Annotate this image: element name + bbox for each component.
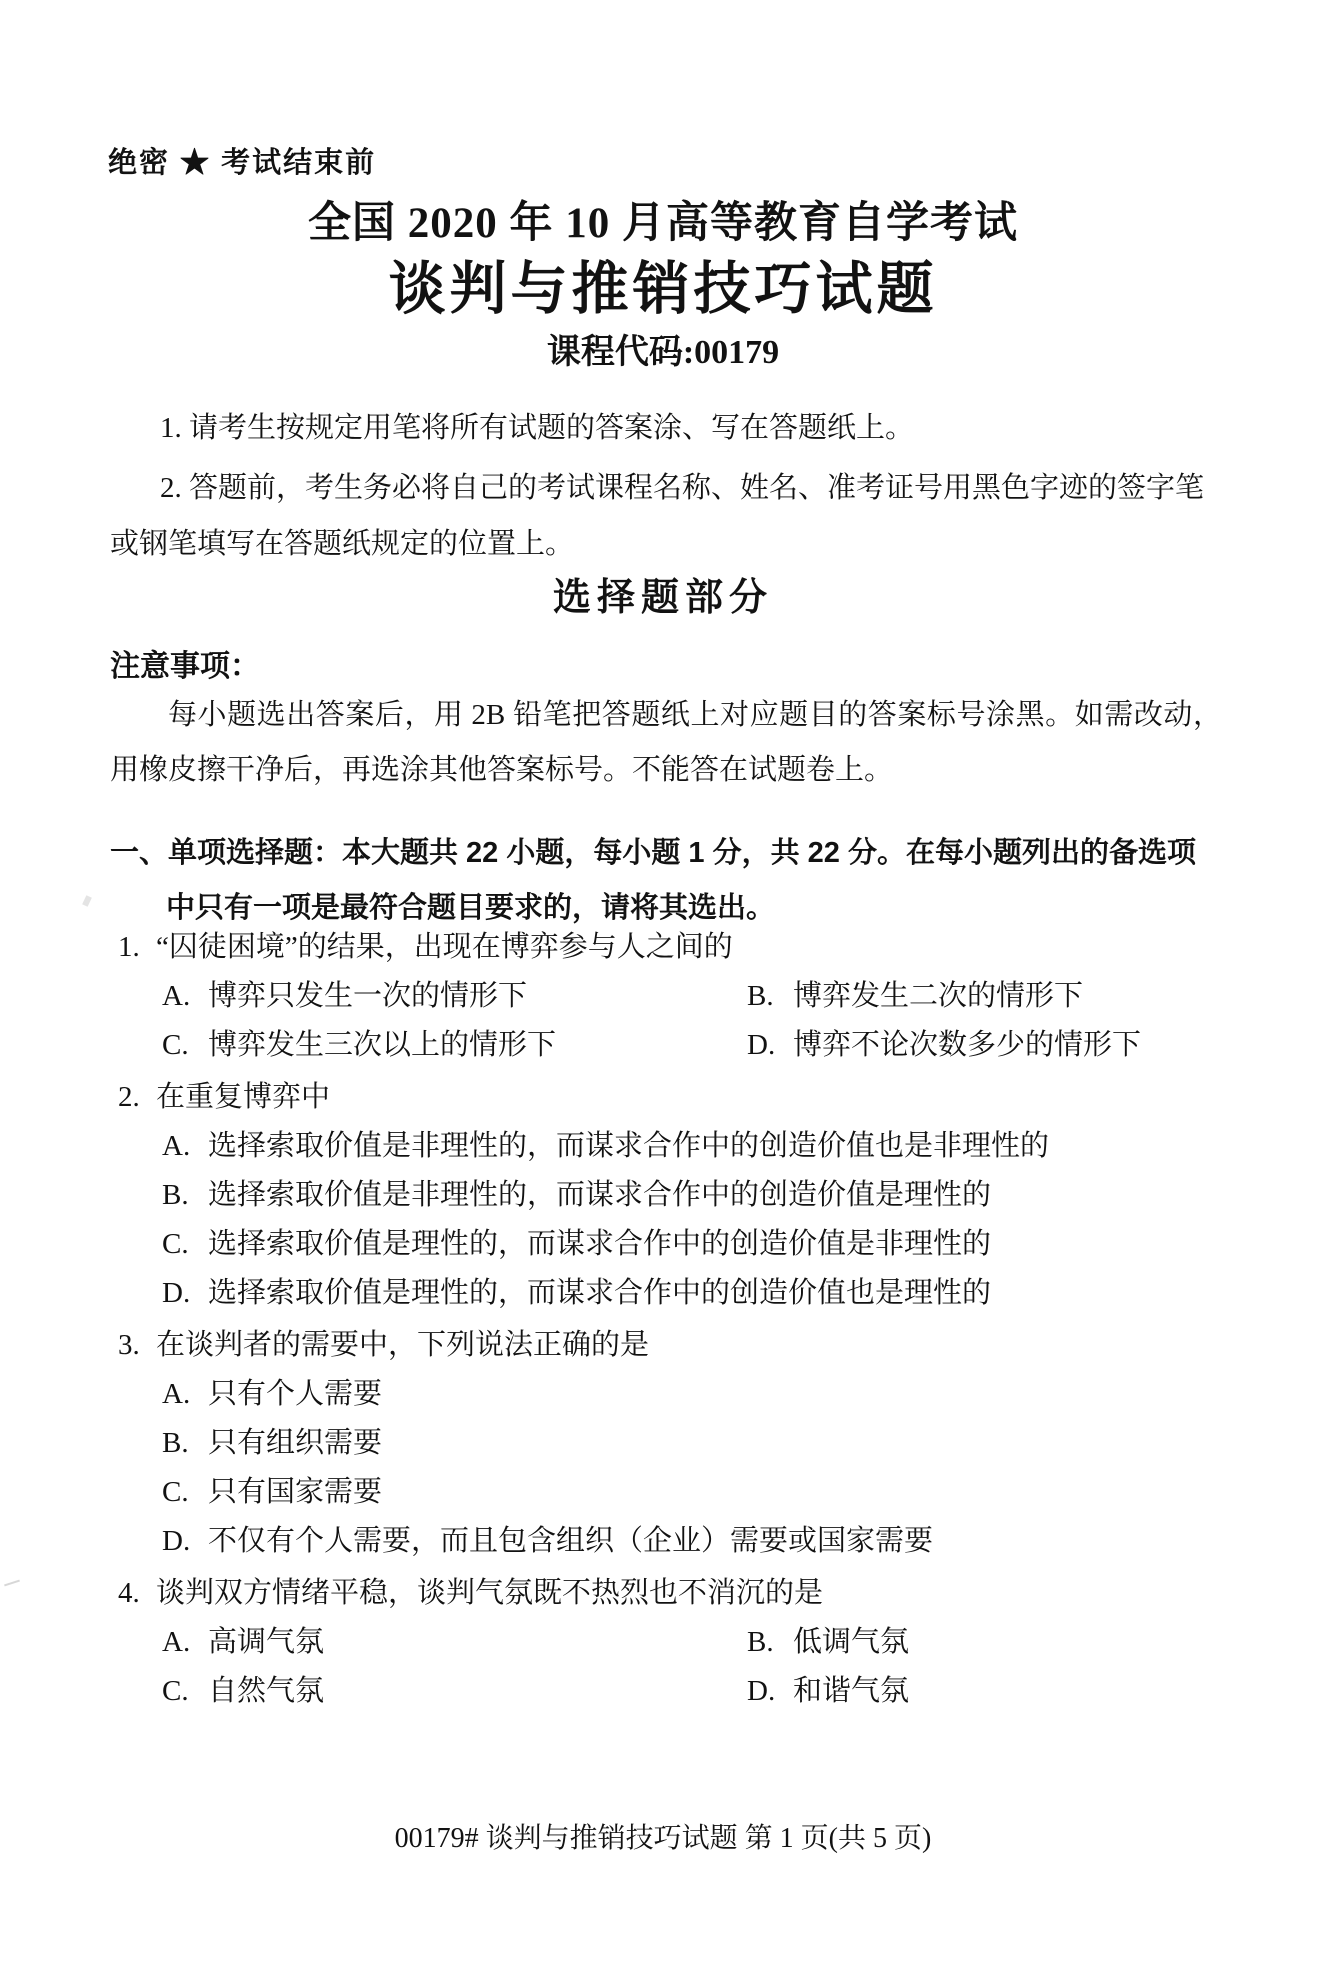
scan-artifact <box>4 1580 20 1587</box>
answer-option: B. 选择索取价值是非理性的，而谋求合作中的创造价值是理性的 <box>162 1171 1222 1220</box>
question-number: 2. <box>110 1072 156 1122</box>
page-footer: 00179# 谈判与推销技巧试题 第 1 页(共 5 页) <box>0 1822 1326 1856</box>
question-block: 3. 在谈判者的需要中，下列说法正确的是 A. 只有个人需要 B. 只有组织需要… <box>110 1320 1222 1566</box>
question-stem: 在重复博弈中 <box>156 1072 330 1122</box>
option-text: 博弈只发生一次的情形下 <box>208 972 747 1021</box>
option-text: 只有个人需要 <box>208 1370 1222 1419</box>
question-options: A. 高调气氛 B. 低调气氛 C. 自然气氛 D. 和谐气氛 <box>162 1618 1222 1716</box>
option-text: 高调气氛 <box>208 1618 747 1667</box>
question-number: 4. <box>110 1568 156 1618</box>
option-text: 选择索取价值是理性的，而谋求合作中的创造价值也是理性的 <box>208 1269 1222 1318</box>
answer-option: A. 选择索取价值是非理性的，而谋求合作中的创造价值也是非理性的 <box>162 1122 1222 1171</box>
option-letter: B. <box>747 972 793 1021</box>
question-options: A. 博弈只发生一次的情形下 B. 博弈发生二次的情形下 C. 博弈发生三次以上… <box>162 972 1222 1070</box>
notice-label: 注意事项： <box>110 648 260 686</box>
option-letter: A. <box>162 1122 208 1171</box>
option-text: 只有国家需要 <box>208 1468 1222 1517</box>
question-stem-row: 2. 在重复博弈中 <box>110 1072 1222 1122</box>
scan-artifact <box>82 895 92 907</box>
option-text: 不仅有个人需要，而且包含组织（企业）需要或国家需要 <box>208 1517 1222 1566</box>
exam-title: 全国 2020 年 10 月高等教育自学考试 <box>0 198 1326 250</box>
answer-option: C. 只有国家需要 <box>162 1468 1222 1517</box>
question-number: 3. <box>110 1320 156 1370</box>
option-letter: D. <box>162 1269 208 1318</box>
answer-option: D. 和谐气氛 <box>747 1667 1222 1716</box>
option-letter: C. <box>162 1468 208 1517</box>
course-code: 课程代码:00179 <box>0 332 1326 374</box>
classification-banner: 绝密 ★ 考试结束前 <box>108 146 376 180</box>
paper-title: 谈判与推销技巧试题 <box>0 250 1326 328</box>
answer-option: C. 博弈发生三次以上的情形下 <box>162 1021 747 1070</box>
section-title: 选择题部分 <box>0 574 1326 622</box>
option-letter: D. <box>162 1517 208 1566</box>
answer-option: A. 只有个人需要 <box>162 1370 1222 1419</box>
answer-option: C. 选择索取价值是理性的，而谋求合作中的创造价值是非理性的 <box>162 1220 1222 1269</box>
candidate-instructions: 1. 请考生按规定用笔将所有试题的答案涂、写在答题纸上。 2. 答题前，考生务必… <box>110 400 1216 576</box>
option-text: 低调气氛 <box>793 1618 1222 1667</box>
option-letter: B. <box>747 1618 793 1667</box>
option-text: 只有组织需要 <box>208 1419 1222 1468</box>
notice-body: 每小题选出答案后，用 2B 铅笔把答题纸上对应题目的答案标号涂黑。如需改动，用橡… <box>110 688 1222 798</box>
option-letter: C. <box>162 1667 208 1716</box>
instruction-item: 1. 请考生按规定用笔将所有试题的答案涂、写在答题纸上。 <box>110 400 1216 456</box>
question-options: A. 只有个人需要 B. 只有组织需要 C. 只有国家需要 D. 不仅有个人需要… <box>162 1370 1222 1566</box>
part-one-heading: 一、单项选择题：本大题共 22 小题，每小题 1 分，共 22 分。在每小题列出… <box>110 826 1222 936</box>
option-text: 博弈不论次数多少的情形下 <box>793 1021 1222 1070</box>
answer-option: B. 只有组织需要 <box>162 1419 1222 1468</box>
option-text: 选择索取价值是非理性的，而谋求合作中的创造价值是理性的 <box>208 1171 1222 1220</box>
answer-option: D. 博弈不论次数多少的情形下 <box>747 1021 1222 1070</box>
option-letter: D. <box>747 1667 793 1716</box>
question-block: 1. “囚徒困境”的结果，出现在博弈参与人之间的 A. 博弈只发生一次的情形下 … <box>110 922 1222 1070</box>
question-stem: 在谈判者的需要中，下列说法正确的是 <box>156 1320 649 1370</box>
option-letter: B. <box>162 1419 208 1468</box>
question-block: 2. 在重复博弈中 A. 选择索取价值是非理性的，而谋求合作中的创造价值也是非理… <box>110 1072 1222 1318</box>
question-number: 1. <box>110 922 156 972</box>
answer-option: A. 高调气氛 <box>162 1618 747 1667</box>
answer-option: D. 不仅有个人需要，而且包含组织（企业）需要或国家需要 <box>162 1517 1222 1566</box>
option-letter: A. <box>162 972 208 1021</box>
option-letter: A. <box>162 1370 208 1419</box>
answer-option: A. 博弈只发生一次的情形下 <box>162 972 747 1021</box>
option-letter: C. <box>162 1021 208 1070</box>
option-letter: D. <box>747 1021 793 1070</box>
question-block: 4. 谈判双方情绪平稳，谈判气氛既不热烈也不消沉的是 A. 高调气氛 B. 低调… <box>110 1568 1222 1716</box>
option-letter: B. <box>162 1171 208 1220</box>
option-letter: A. <box>162 1618 208 1667</box>
answer-option: B. 低调气氛 <box>747 1618 1222 1667</box>
option-text: 自然气氛 <box>208 1667 747 1716</box>
question-stem-row: 1. “囚徒困境”的结果，出现在博弈参与人之间的 <box>110 922 1222 972</box>
exam-paper-page: 绝密 ★ 考试结束前 全国 2020 年 10 月高等教育自学考试 谈判与推销技… <box>0 0 1326 1977</box>
question-stem: “囚徒困境”的结果，出现在博弈参与人之间的 <box>156 922 733 972</box>
questions: 1. “囚徒困境”的结果，出现在博弈参与人之间的 A. 博弈只发生一次的情形下 … <box>110 922 1222 1718</box>
instruction-item: 2. 答题前，考生务必将自己的考试课程名称、姓名、准考证号用黑色字迹的签字笔或钢… <box>110 460 1216 572</box>
option-text: 选择索取价值是理性的，而谋求合作中的创造价值是非理性的 <box>208 1220 1222 1269</box>
option-text: 博弈发生三次以上的情形下 <box>208 1021 747 1070</box>
option-text: 和谐气氛 <box>793 1667 1222 1716</box>
option-text: 选择索取价值是非理性的，而谋求合作中的创造价值也是非理性的 <box>208 1122 1222 1171</box>
question-stem-row: 3. 在谈判者的需要中，下列说法正确的是 <box>110 1320 1222 1370</box>
answer-option: C. 自然气氛 <box>162 1667 747 1716</box>
answer-option: B. 博弈发生二次的情形下 <box>747 972 1222 1021</box>
option-letter: C. <box>162 1220 208 1269</box>
question-stem: 谈判双方情绪平稳，谈判气氛既不热烈也不消沉的是 <box>156 1568 823 1618</box>
answer-option: D. 选择索取价值是理性的，而谋求合作中的创造价值也是理性的 <box>162 1269 1222 1318</box>
question-options: A. 选择索取价值是非理性的，而谋求合作中的创造价值也是非理性的 B. 选择索取… <box>162 1122 1222 1318</box>
question-stem-row: 4. 谈判双方情绪平稳，谈判气氛既不热烈也不消沉的是 <box>110 1568 1222 1618</box>
option-text: 博弈发生二次的情形下 <box>793 972 1222 1021</box>
